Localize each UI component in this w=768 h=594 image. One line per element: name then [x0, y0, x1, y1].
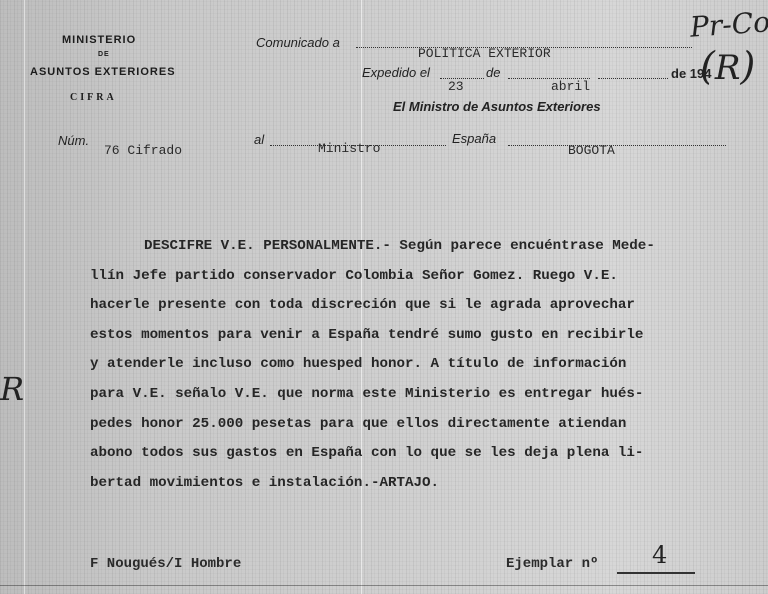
body-line: pedes honor 25.000 pesetas para que ello… — [90, 410, 750, 440]
letterhead-line: ASUNTOS EXTERIORES — [30, 66, 176, 78]
al-value: Ministro — [318, 141, 380, 156]
num-value: 76 Cifrado — [104, 143, 182, 158]
al-label: al — [254, 132, 264, 147]
expedido-month: abril — [551, 79, 590, 94]
margin-annotation: R — [0, 370, 24, 408]
de-label: de — [486, 65, 500, 80]
ejemplar-number: 4 — [652, 541, 667, 569]
comunicado-value: POLITICA EXTERIOR — [418, 46, 551, 61]
ejemplar-label: Ejemplar nº — [506, 556, 598, 572]
body-line: llín Jefe partido conservador Colombia S… — [90, 262, 750, 292]
handwritten-reference: Pr-Co — [689, 5, 768, 43]
expedido-day: 23 — [448, 79, 464, 94]
num-label: Núm. — [58, 133, 89, 148]
body-line: estos momentos para venir a España tendr… — [90, 321, 750, 351]
signatory-label: El Ministro de Asuntos Exteriores — [393, 99, 601, 114]
document-page: MINISTERIO DE ASUNTOS EXTERIORES CIFRA C… — [0, 0, 768, 594]
body-line: bertad movimientos e instalación.-ARTAJO… — [90, 469, 750, 499]
circled-letter: R — [715, 48, 741, 88]
body-line: abono todos sus gastos en España con lo … — [90, 439, 750, 469]
dotted-line — [598, 78, 668, 79]
telegram-body: DESCIFRE V.E. PERSONALMENTE.- Según pare… — [90, 232, 750, 498]
comunicado-label: Comunicado a — [256, 35, 340, 50]
espana-value: BOGOTA — [568, 143, 615, 158]
dotted-line — [508, 145, 726, 146]
fold-line — [24, 0, 25, 594]
cipher-label: CIFRA — [70, 92, 117, 103]
body-line: hacerle presente con toda discreción que… — [90, 291, 750, 321]
expedido-label: Expedido el — [362, 65, 430, 80]
letterhead-line: DE — [98, 51, 110, 58]
handwritten-circled-letter: (R) — [700, 44, 755, 88]
body-line: para V.E. señalo V.E. que norma este Min… — [90, 380, 750, 410]
operator-initials: F Nougués/I Hombre — [90, 556, 241, 572]
espana-label: España — [452, 131, 496, 146]
page-edge — [0, 585, 768, 586]
body-line: y atenderle incluso como huesped honor. … — [90, 350, 750, 380]
body-line: DESCIFRE V.E. PERSONALMENTE.- Según pare… — [90, 232, 750, 262]
letterhead-line: MINISTERIO — [62, 34, 136, 46]
ejemplar-underline — [617, 572, 695, 574]
